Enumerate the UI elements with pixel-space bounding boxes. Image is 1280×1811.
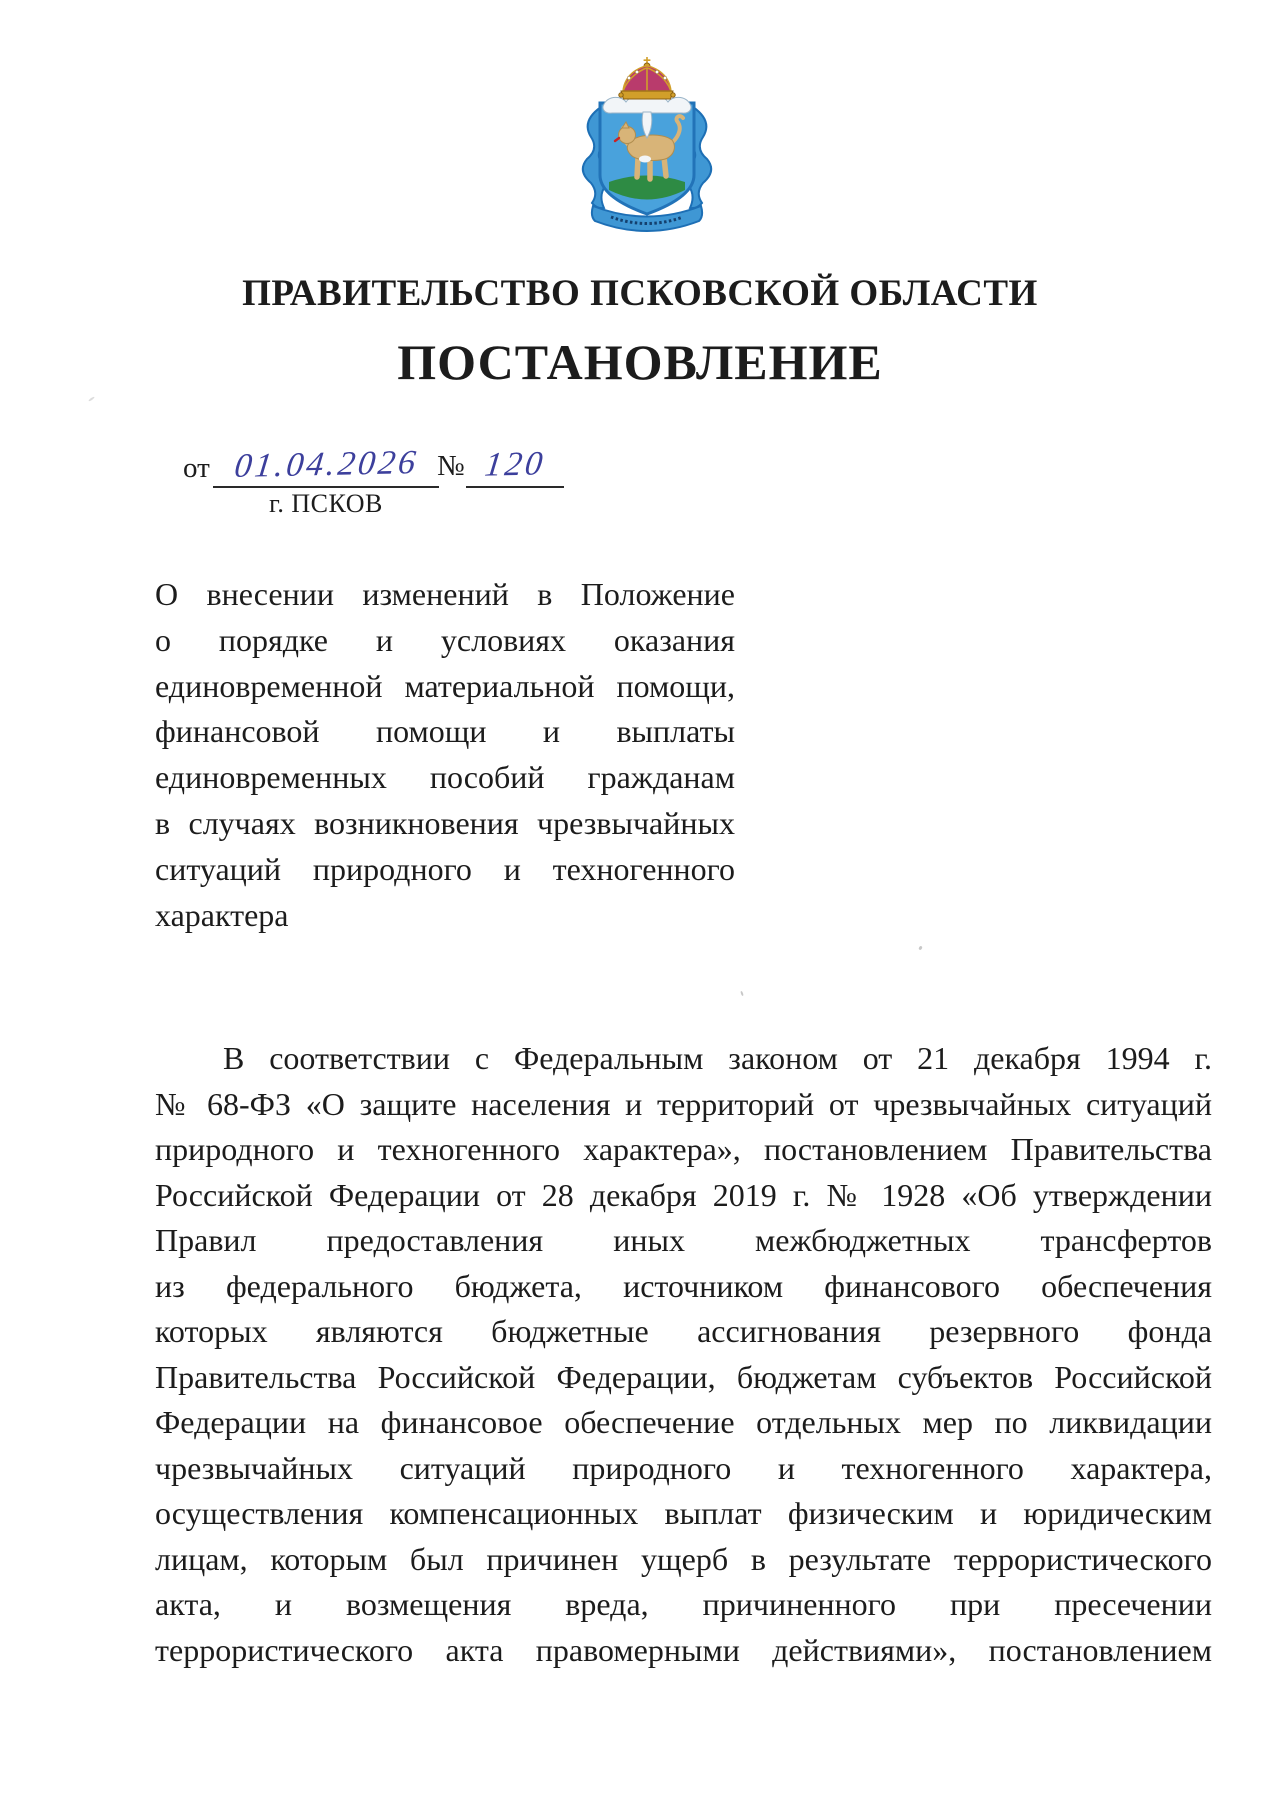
date-from-label: от [183, 452, 210, 485]
organization-title: ПРАВИТЕЛЬСТВО ПСКОВСКОЙ ОБЛАСТИ [0, 272, 1280, 316]
scanned-document-page: ПРАВИТЕЛЬСТВО ПСКОВСКОЙ ОБЛАСТИ ПОСТАНОВ… [0, 0, 1280, 1811]
handwritten-date: 01.04.2026 [232, 444, 420, 486]
crown-icon [619, 57, 675, 99]
subject-text-line: единовременной материальной помощи, [155, 664, 735, 710]
body-text-line: № 68-ФЗ «О защите населения и территорий… [155, 1082, 1212, 1128]
subject-text-line: в случаях возникновения чрезвычайных [155, 801, 735, 847]
body-text-line: чрезвычайных ситуаций природного и техно… [155, 1446, 1212, 1492]
number-sign-label: № [437, 450, 465, 483]
scan-speck [88, 396, 95, 402]
subject-text-line: О внесении изменений в Положение [155, 572, 735, 618]
scan-speck [740, 991, 744, 996]
body-text-line: которых являются бюджетные ассигнования … [155, 1309, 1212, 1355]
subject-text-line: о порядке и условиях оказания [155, 618, 735, 664]
subject-text-line: единовременных пособий гражданам [155, 755, 735, 801]
handwritten-number: 120 [483, 445, 548, 484]
subject-text-line: финансовой помощи и выплаты [155, 709, 735, 755]
pskov-coat-of-arms-icon [577, 50, 717, 242]
body-text-line: природного и техногенного характера», по… [155, 1127, 1212, 1173]
body-text-line: акта, и возмещения вреда, причиненного п… [155, 1582, 1212, 1628]
body-text-line: Российской Федерации от 28 декабря 2019 … [155, 1173, 1212, 1219]
city-label: г. ПСКОВ [213, 489, 439, 519]
body-text-line: Правительства Российской Федерации, бюдж… [155, 1355, 1212, 1401]
date-fill-line: 01.04.2026 [213, 446, 439, 488]
body-paragraph: В соответствии с Федеральным законом от … [155, 1036, 1212, 1673]
number-fill-line: 120 [466, 446, 564, 488]
body-text-line: террористического акта правомерными дейс… [155, 1628, 1212, 1674]
subject-text-line: ситуаций природного и техногенного [155, 847, 735, 893]
document-type-title: ПОСТАНОВЛЕНИЕ [0, 332, 1280, 392]
scan-speck [918, 946, 923, 951]
subject-text-line: характера [155, 893, 735, 939]
body-text-line: В соответствии с Федеральным законом от … [155, 1036, 1212, 1082]
body-text-line: Федерации на финансовое обеспечение отде… [155, 1400, 1212, 1446]
subject-block: О внесении изменений в Положениео порядк… [155, 572, 735, 938]
body-text-line: Правил предоставления иных межбюджетных … [155, 1218, 1212, 1264]
body-text-line: лицам, которым был причинен ущерб в резу… [155, 1537, 1212, 1583]
body-text-line: осуществления компенсационных выплат физ… [155, 1491, 1212, 1537]
scan-speck [493, 824, 497, 827]
body-text-line: из федерального бюджета, источником фина… [155, 1264, 1212, 1310]
